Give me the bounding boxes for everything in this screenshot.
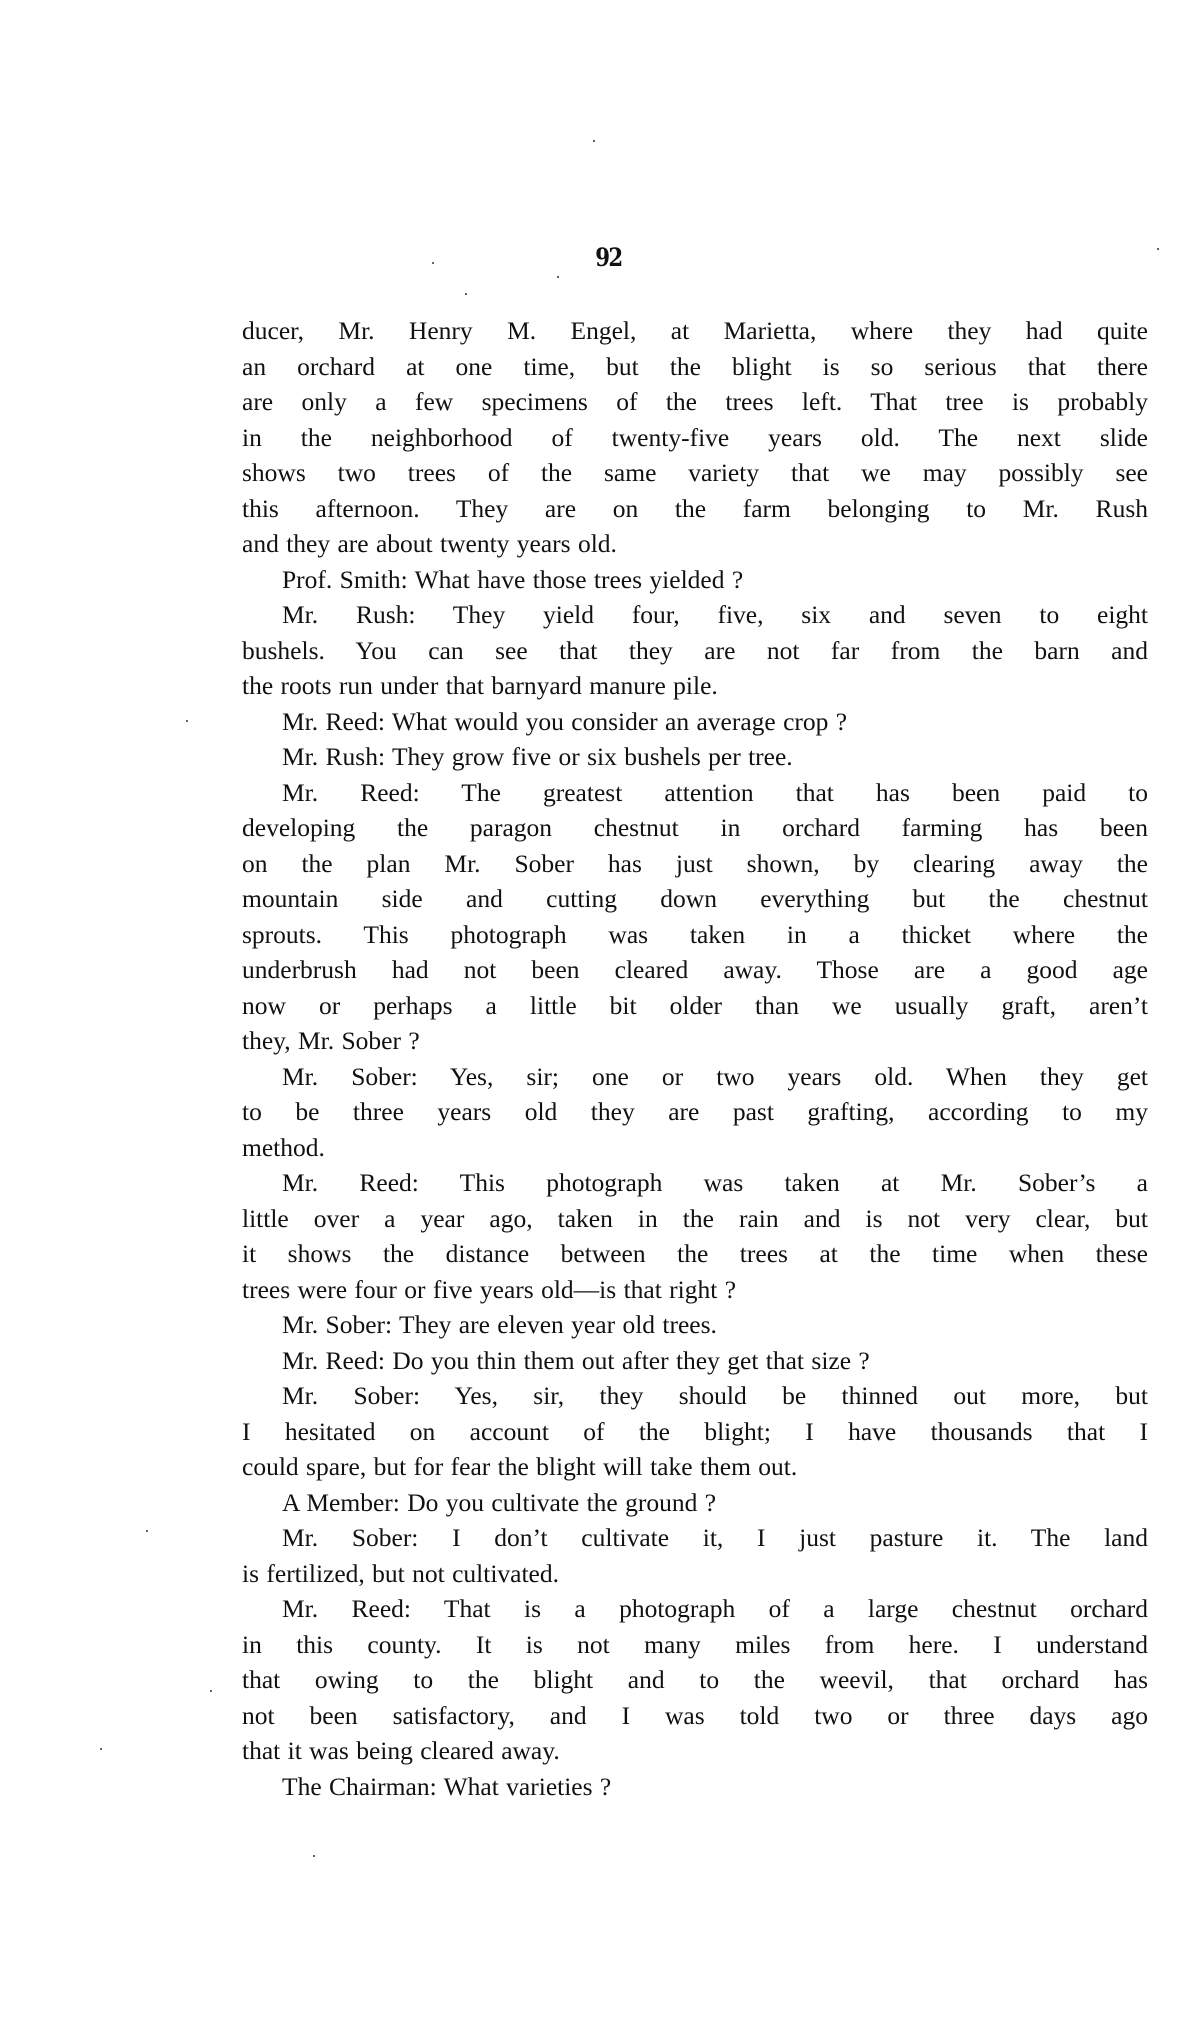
- text-line: mountain side and cutting down everythin…: [242, 881, 1148, 917]
- line-text: it shows the distance between the trees …: [242, 1236, 1148, 1272]
- speaker-line: Prof. Smith: What have those trees yield…: [242, 562, 1148, 598]
- text-line: sprouts. This photograph was taken in a …: [242, 917, 1148, 953]
- line-text: Mr. Reed: Do you thin them out after the…: [282, 1343, 1148, 1379]
- line-text: I hesitated on account of the blight; I …: [242, 1414, 1148, 1450]
- line-text: is fertilized, but not cultivated.: [242, 1556, 1148, 1592]
- line-text: now or perhaps a little bit older than w…: [242, 988, 1148, 1024]
- text-line: on the plan Mr. Sober has just shown, by…: [242, 846, 1148, 882]
- text-line: that owing to the blight and to the weev…: [242, 1662, 1148, 1698]
- text-line: I hesitated on account of the blight; I …: [242, 1414, 1148, 1450]
- text-line: now or perhaps a little bit older than w…: [242, 988, 1148, 1024]
- speaker-line: Mr. Rush: They yield four, five, six and…: [242, 597, 1148, 633]
- scan-speck: [465, 293, 467, 295]
- scan-speck: [186, 720, 188, 722]
- speaker-line: The Chairman: What varieties ?: [242, 1769, 1148, 1805]
- line-text: sprouts. This photograph was taken in a …: [242, 917, 1148, 953]
- text-line: that it was being cleared away.: [242, 1733, 1148, 1769]
- text-line: an orchard at one time, but the blight i…: [242, 349, 1148, 385]
- line-text: Mr. Sober: Yes, sir, they should be thin…: [282, 1378, 1148, 1414]
- line-text: the roots run under that barnyard manure…: [242, 668, 1148, 704]
- text-line: the roots run under that barnyard manure…: [242, 668, 1148, 704]
- text-line: it shows the distance between the trees …: [242, 1236, 1148, 1272]
- scan-speck: [313, 1855, 315, 1857]
- scan-speck: [210, 1690, 212, 1692]
- text-line: method.: [242, 1130, 1148, 1166]
- text-line: in this county. It is not many miles fro…: [242, 1627, 1148, 1663]
- speaker-line: Mr. Reed: This photograph was taken at M…: [242, 1165, 1148, 1201]
- text-line: underbrush had not been cleared away. Th…: [242, 952, 1148, 988]
- line-text: Mr. Rush: They grow five or six bushels …: [282, 739, 1148, 775]
- text-line: trees were four or five years old—is tha…: [242, 1272, 1148, 1308]
- line-text: this afternoon. They are on the farm bel…: [242, 491, 1148, 527]
- text-line: developing the paragon chestnut in orcha…: [242, 810, 1148, 846]
- text-line: could spare, but for fear the blight wil…: [242, 1449, 1148, 1485]
- speaker-line: Mr. Reed: What would you consider an ave…: [242, 704, 1148, 740]
- line-text: bushels. You can see that they are not f…: [242, 633, 1148, 669]
- line-text: an orchard at one time, but the blight i…: [242, 349, 1148, 385]
- text-line: they, Mr. Sober ?: [242, 1023, 1148, 1059]
- speaker-line: Mr. Sober: Yes, sir; one or two years ol…: [242, 1059, 1148, 1095]
- document-page: 92 ducer, Mr. Henry M. Engel, at Mariett…: [0, 0, 1200, 2018]
- text-line: shows two trees of the same variety that…: [242, 455, 1148, 491]
- scan-speck: [146, 1530, 148, 1532]
- line-text: Prof. Smith: What have those trees yield…: [282, 562, 1148, 598]
- text-line: in the neighborhood of twenty-five years…: [242, 420, 1148, 456]
- body-text: ducer, Mr. Henry M. Engel, at Marietta, …: [242, 313, 1148, 1804]
- line-text: underbrush had not been cleared away. Th…: [242, 952, 1148, 988]
- text-line: little over a year ago, taken in the rai…: [242, 1201, 1148, 1237]
- line-text: Mr. Sober: They are eleven year old tree…: [282, 1307, 1148, 1343]
- text-line: this afternoon. They are on the farm bel…: [242, 491, 1148, 527]
- line-text: not been satisfactory, and I was told tw…: [242, 1698, 1148, 1734]
- page-number: 92: [0, 243, 1200, 272]
- speaker-line: Mr. Rush: They grow five or six bushels …: [242, 739, 1148, 775]
- speaker-line: A Member: Do you cultivate the ground ?: [242, 1485, 1148, 1521]
- line-text: in the neighborhood of twenty-five years…: [242, 420, 1148, 456]
- speaker-line: Mr. Sober: They are eleven year old tree…: [242, 1307, 1148, 1343]
- line-text: A Member: Do you cultivate the ground ?: [282, 1485, 1148, 1521]
- line-text: and they are about twenty years old.: [242, 526, 1148, 562]
- text-line: ducer, Mr. Henry M. Engel, at Marietta, …: [242, 313, 1148, 349]
- line-text: Mr. Reed: The greatest attention that ha…: [282, 775, 1148, 811]
- line-text: could spare, but for fear the blight wil…: [242, 1449, 1148, 1485]
- speaker-line: Mr. Sober: Yes, sir, they should be thin…: [242, 1378, 1148, 1414]
- text-line: are only a few specimens of the trees le…: [242, 384, 1148, 420]
- speaker-line: Mr. Sober: I don’t cultivate it, I just …: [242, 1520, 1148, 1556]
- scan-speck: [557, 276, 559, 278]
- text-line: is fertilized, but not cultivated.: [242, 1556, 1148, 1592]
- line-text: shows two trees of the same variety that…: [242, 455, 1148, 491]
- line-text: to be three years old they are past graf…: [242, 1094, 1148, 1130]
- speaker-line: Mr. Reed: That is a photograph of a larg…: [242, 1591, 1148, 1627]
- line-text: that owing to the blight and to the weev…: [242, 1662, 1148, 1698]
- text-line: not been satisfactory, and I was told tw…: [242, 1698, 1148, 1734]
- line-text: developing the paragon chestnut in orcha…: [242, 810, 1148, 846]
- line-text: that it was being cleared away.: [242, 1733, 1148, 1769]
- speaker-line: Mr. Reed: Do you thin them out after the…: [242, 1343, 1148, 1379]
- line-text: Mr. Sober: I don’t cultivate it, I just …: [282, 1520, 1148, 1556]
- line-text: Mr. Rush: They yield four, five, six and…: [282, 597, 1148, 633]
- line-text: Mr. Reed: That is a photograph of a larg…: [282, 1591, 1148, 1627]
- line-text: on the plan Mr. Sober has just shown, by…: [242, 846, 1148, 882]
- scan-speck: [593, 140, 595, 142]
- line-text: they, Mr. Sober ?: [242, 1023, 1148, 1059]
- scan-speck: [100, 1748, 102, 1750]
- line-text: Mr. Sober: Yes, sir; one or two years ol…: [282, 1059, 1148, 1095]
- line-text: Mr. Reed: What would you consider an ave…: [282, 704, 1148, 740]
- line-text: are only a few specimens of the trees le…: [242, 384, 1148, 420]
- line-text: little over a year ago, taken in the rai…: [242, 1201, 1148, 1237]
- speaker-line: Mr. Reed: The greatest attention that ha…: [242, 775, 1148, 811]
- text-line: to be three years old they are past graf…: [242, 1094, 1148, 1130]
- line-text: method.: [242, 1130, 1148, 1166]
- line-text: mountain side and cutting down everythin…: [242, 881, 1148, 917]
- text-line: bushels. You can see that they are not f…: [242, 633, 1148, 669]
- line-text: Mr. Reed: This photograph was taken at M…: [282, 1165, 1148, 1201]
- line-text: trees were four or five years old—is tha…: [242, 1272, 1148, 1308]
- text-line: and they are about twenty years old.: [242, 526, 1148, 562]
- line-text: The Chairman: What varieties ?: [282, 1769, 1148, 1805]
- line-text: in this county. It is not many miles fro…: [242, 1627, 1148, 1663]
- line-text: ducer, Mr. Henry M. Engel, at Marietta, …: [242, 313, 1148, 349]
